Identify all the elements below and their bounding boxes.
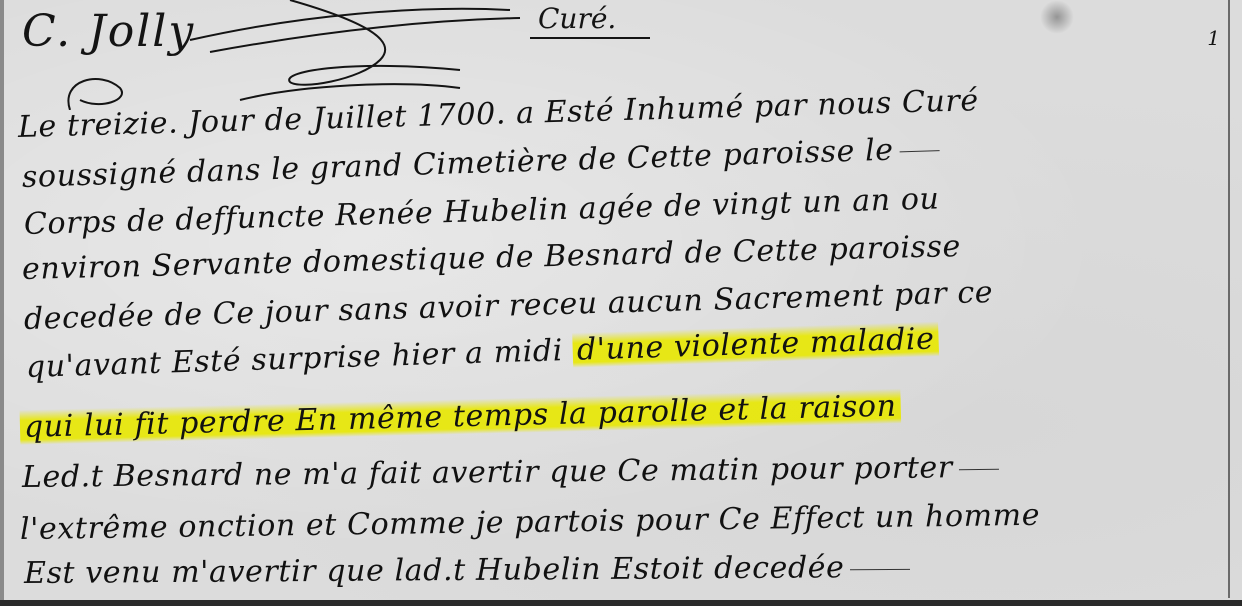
document-scan: C. Jolly Curé. 1 Le treizie. Jour de Jui… [0, 0, 1242, 606]
text-line-9: l'extrême onction et Comme je partois po… [20, 498, 1041, 547]
right-margin-rule [1228, 0, 1230, 598]
line-text: Led.t Besnard ne m'a fait avertir que Ce… [22, 450, 953, 495]
text-line-10: Est venu m'avertir que lad.t Hubelin Est… [24, 550, 911, 591]
page-number: 1 [1207, 26, 1220, 50]
priest-signature: C. Jolly [22, 6, 195, 57]
page-bottom-edge [0, 600, 1242, 606]
left-margin-edge [0, 0, 4, 606]
line-filler [850, 568, 910, 569]
ink-smudge [1040, 0, 1074, 34]
highlighted-text: qui lui fit perdre En même temps la paro… [20, 388, 901, 445]
highlighted-text: d'une violente maladie [572, 321, 938, 367]
line-text: qu'avant Esté surprise hier a midi [25, 333, 573, 385]
header-title: Curé. [530, 2, 650, 39]
line-filler [959, 468, 999, 469]
text-line-7: qui lui fit perdre En même temps la paro… [20, 388, 901, 445]
line-text: Est venu m'avertir que lad.t Hubelin Est… [24, 550, 845, 591]
text-line-8: Led.t Besnard ne m'a fait avertir que Ce… [22, 450, 999, 495]
line-text: l'extrême onction et Comme je partois po… [20, 498, 1041, 547]
line-filler [900, 150, 940, 152]
